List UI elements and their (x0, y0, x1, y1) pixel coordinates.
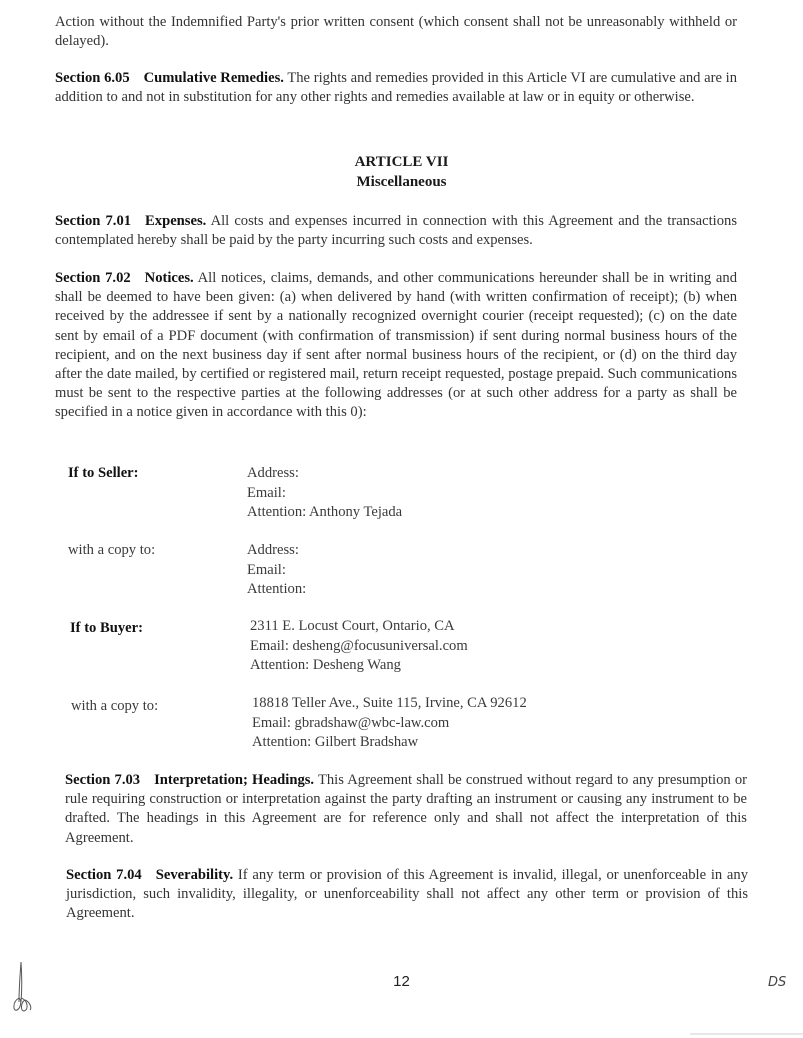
article-heading: ARTICLE VII (0, 152, 803, 172)
seller-copy-attention-line: Attention: (247, 580, 306, 600)
buyer-email-line: Email: desheng@focusuniversal.com (250, 637, 468, 657)
initials-right: DS (768, 975, 786, 990)
section-title: Interpretation; Headings. (154, 772, 314, 788)
buyer-copy-address-line: 18818 Teller Ave., Suite 115, Irvine, CA… (252, 694, 527, 714)
seller-address-line: Address: (247, 464, 402, 484)
document-page: Action without the Indemnified Party's p… (0, 0, 803, 1038)
scan-edge-artifact (690, 1033, 803, 1035)
seller-email-line: Email: (247, 484, 402, 504)
section-title: Notices. (145, 270, 194, 286)
continuation-paragraph: Action without the Indemnified Party's p… (55, 13, 737, 51)
seller-label: If to Seller: (68, 464, 139, 484)
seller-attention-line: Attention: Anthony Tejada (247, 503, 402, 523)
buyer-copy-label: with a copy to: (71, 697, 158, 717)
section-7-01: Section 7.01Expenses. All costs and expe… (55, 212, 737, 250)
section-number: Section 7.01 (55, 213, 131, 229)
buyer-copy-address-block: 18818 Teller Ave., Suite 115, Irvine, CA… (252, 694, 527, 753)
seller-copy-email-line: Email: (247, 561, 306, 581)
seller-copy-address-line: Address: (247, 541, 306, 561)
buyer-copy-attention-line: Attention: Gilbert Bradshaw (252, 733, 527, 753)
buyer-address-line: 2311 E. Locust Court, Ontario, CA (250, 617, 468, 637)
section-7-04: Section 7.04Severability. If any term or… (66, 866, 748, 924)
buyer-attention-line: Attention: Desheng Wang (250, 656, 468, 676)
continuation-text: Action without the Indemnified Party's p… (55, 14, 737, 49)
seller-address-block: Address: Email: Attention: Anthony Tejad… (247, 464, 402, 523)
section-title: Cumulative Remedies. (144, 70, 284, 86)
section-6-05: Section 6.05Cumulative Remedies. The rig… (55, 69, 737, 107)
section-7-03: Section 7.03Interpretation; Headings. Th… (65, 771, 747, 848)
section-title: Severability. (156, 867, 233, 883)
seller-copy-label: with a copy to: (68, 541, 155, 561)
section-7-02: Section 7.02Notices. All notices, claims… (55, 269, 737, 423)
section-number: Section 7.02 (55, 270, 131, 286)
section-number: Section 7.03 (65, 772, 140, 788)
seller-copy-address-block: Address: Email: Attention: (247, 541, 306, 600)
article-subheading: Miscellaneous (0, 172, 803, 192)
section-title: Expenses. (145, 213, 206, 229)
section-number: Section 7.04 (66, 867, 142, 883)
buyer-address-block: 2311 E. Locust Court, Ontario, CA Email:… (250, 617, 468, 676)
section-body: All notices, claims, demands, and other … (55, 270, 737, 420)
buyer-copy-email-line: Email: gbradshaw@wbc-law.com (252, 714, 527, 734)
page-number: 12 (0, 973, 803, 990)
section-number: Section 6.05 (55, 70, 130, 86)
buyer-label: If to Buyer: (70, 619, 143, 639)
